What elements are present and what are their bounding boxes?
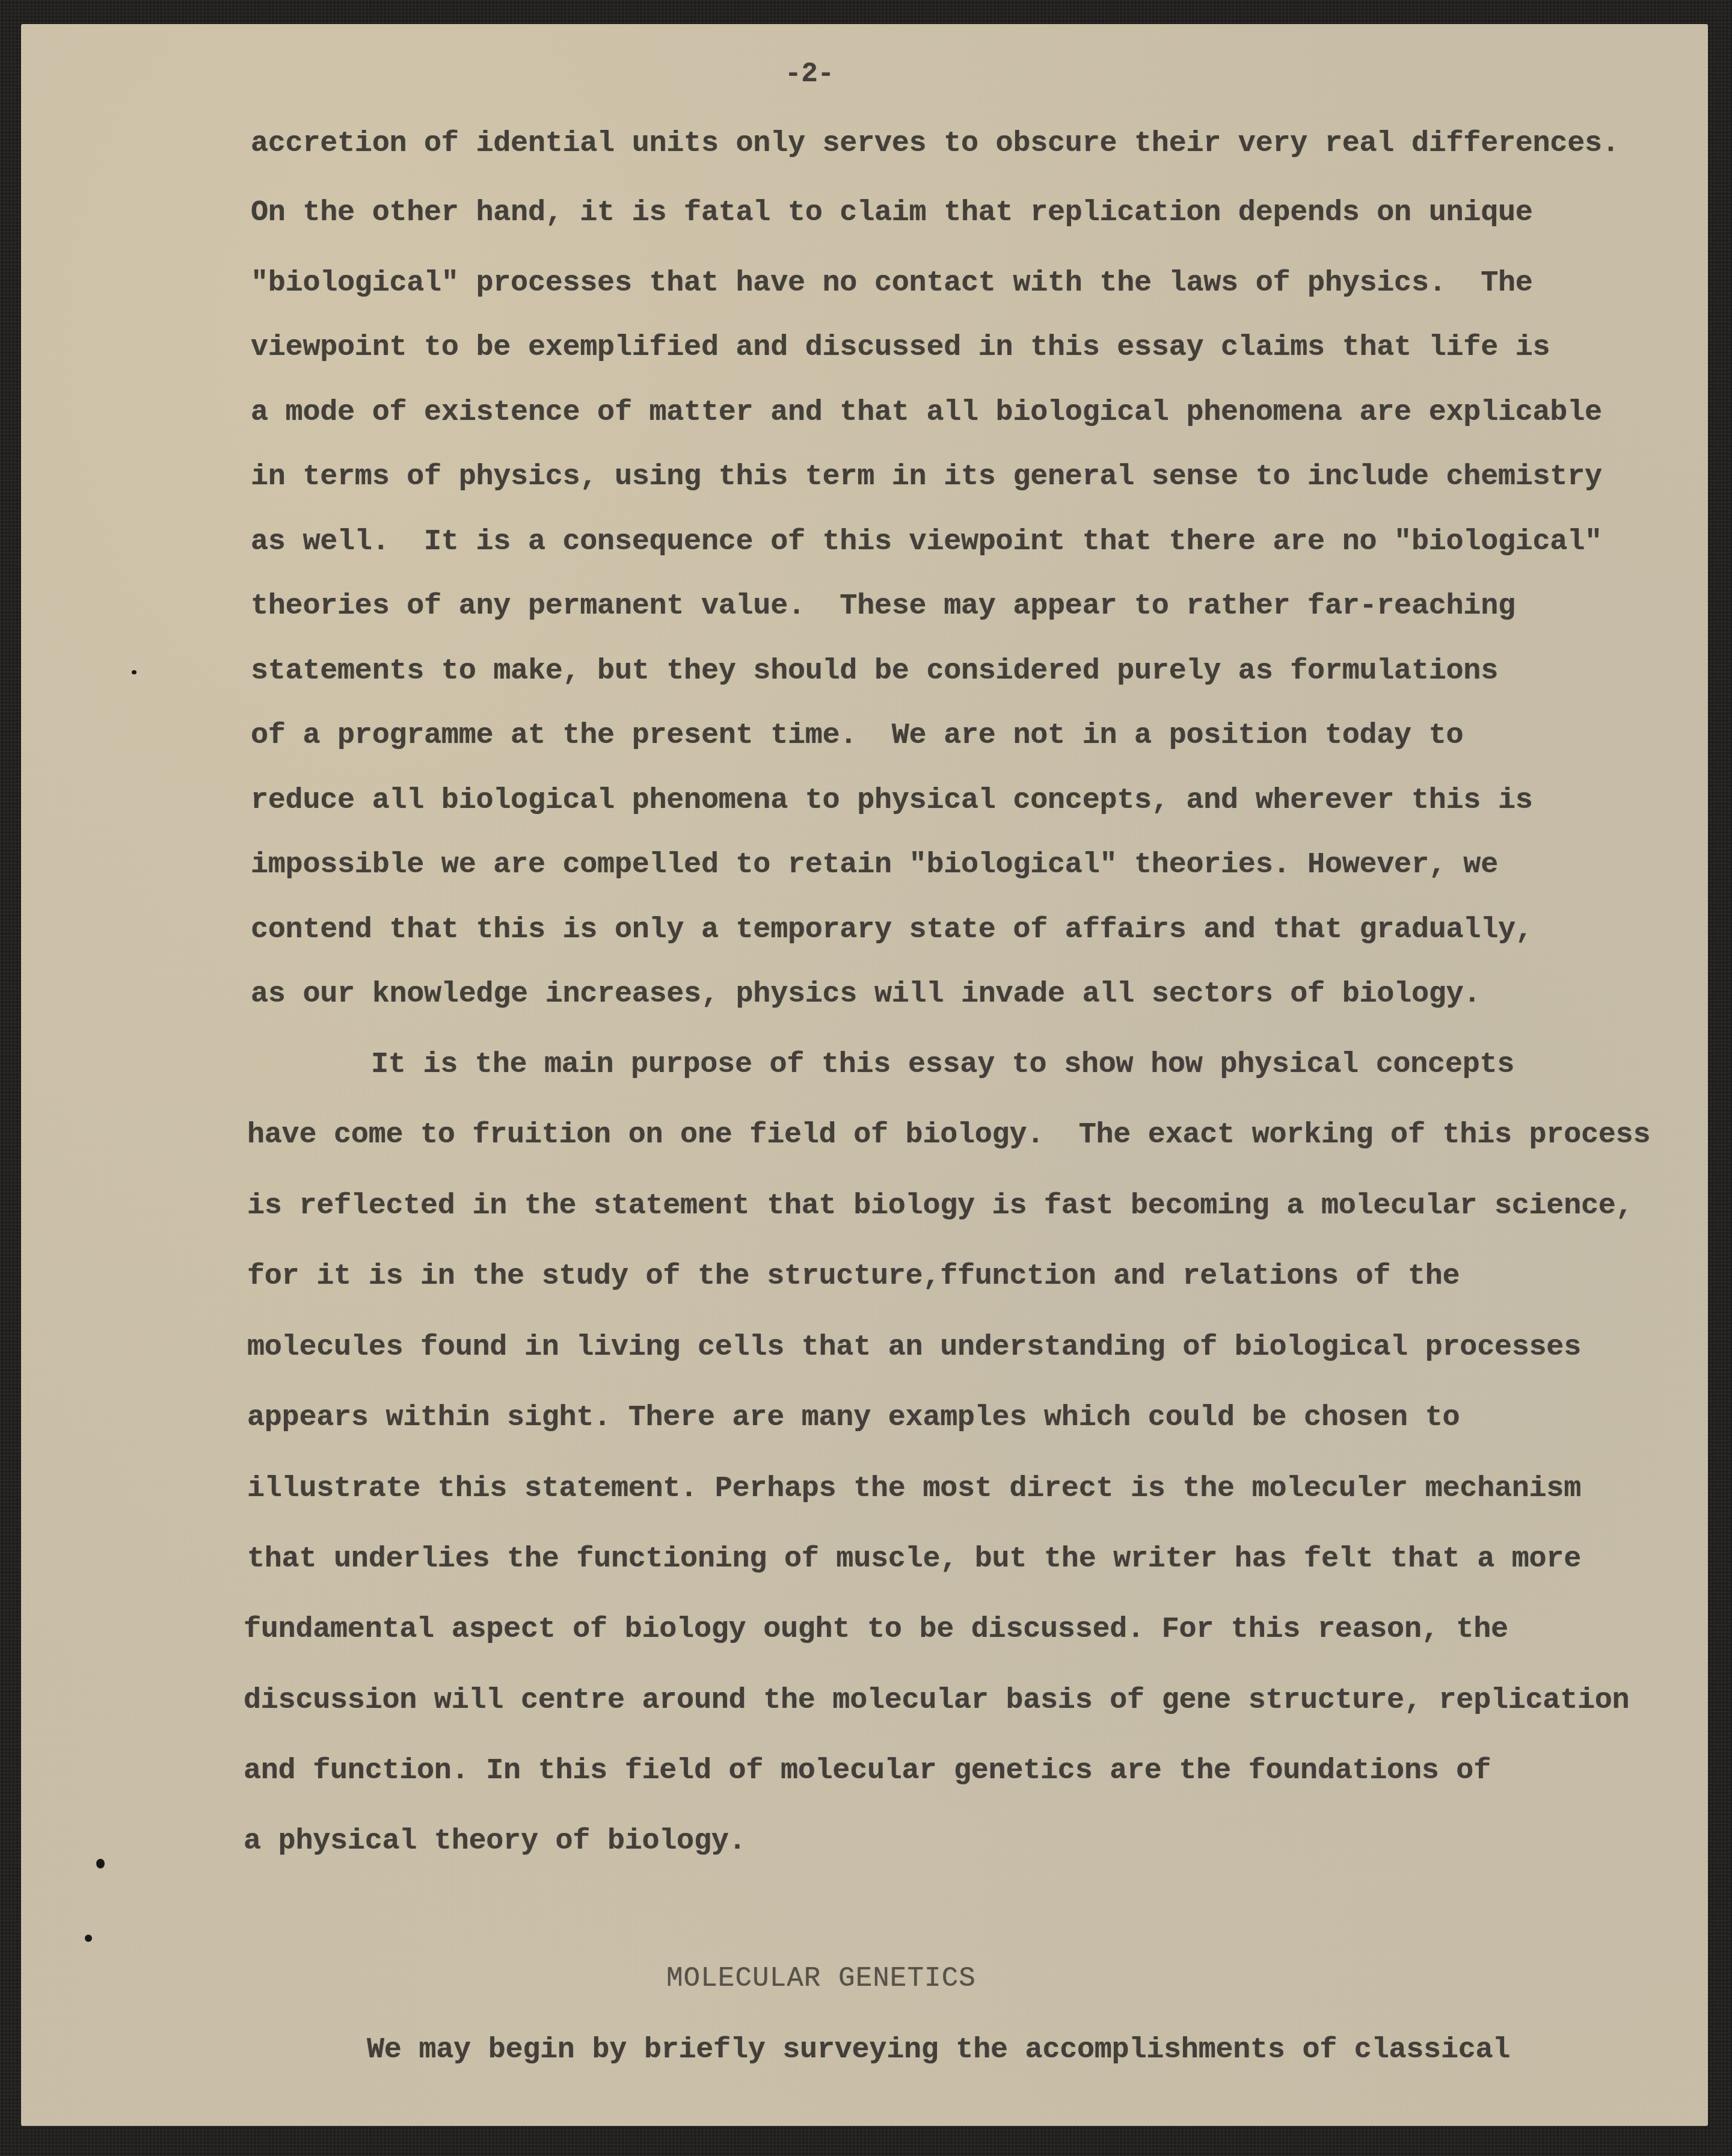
text-line: contend that this is only a temporary st… bbox=[251, 916, 1533, 945]
page-number: -2- bbox=[785, 60, 834, 88]
text-line: statements to make, but they should be c… bbox=[251, 657, 1498, 686]
ink-dot-mark bbox=[96, 1859, 105, 1868]
section-heading: MOLECULAR GENETICS bbox=[666, 1965, 976, 1992]
text-line: for it is in the study of the structure,… bbox=[247, 1262, 1460, 1292]
text-line: theories of any permanent value. These m… bbox=[251, 592, 1515, 621]
text-line: viewpoint to be exemplified and discusse… bbox=[251, 333, 1550, 363]
ink-dot-mark bbox=[85, 1935, 92, 1942]
text-line: On the other hand, it is fatal to claim … bbox=[251, 199, 1533, 228]
text-line: is reflected in the statement that biolo… bbox=[247, 1192, 1633, 1221]
text-line: illustrate this statement. Perhaps the m… bbox=[247, 1474, 1581, 1504]
text-line: impossible we are compelled to retain "b… bbox=[251, 851, 1498, 880]
text-line: a physical theory of biology. bbox=[244, 1827, 746, 1856]
ink-dot-mark bbox=[132, 670, 137, 674]
text-line: in terms of physics, using this term in … bbox=[251, 463, 1602, 492]
text-line-indented: We may begin by briefly surveying the ac… bbox=[367, 2036, 1510, 2065]
text-line: reduce all biological phenomena to physi… bbox=[251, 786, 1533, 816]
text-line: have come to fruition on one field of bi… bbox=[247, 1121, 1650, 1150]
text-line: of a programme at the present time. We a… bbox=[251, 721, 1463, 751]
text-line: as well. It is a consequence of this vie… bbox=[251, 528, 1602, 557]
text-line: "biological" processes that have no cont… bbox=[251, 269, 1533, 298]
text-line: accretion of idential units only serves … bbox=[251, 129, 1620, 159]
text-line: that underlies the functioning of muscle… bbox=[247, 1545, 1581, 1574]
text-line: discussion will centre around the molecu… bbox=[244, 1686, 1629, 1716]
text-line-indented: It is the main purpose of this essay to … bbox=[371, 1050, 1514, 1080]
text-line: and function. In this field of molecular… bbox=[244, 1757, 1491, 1786]
text-line: fundamental aspect of biology ought to b… bbox=[244, 1615, 1508, 1645]
text-line: as our knowledge increases, physics will… bbox=[251, 980, 1481, 1009]
text-line: molecules found in living cells that an … bbox=[247, 1333, 1581, 1363]
text-line: appears within sight. There are many exa… bbox=[247, 1403, 1460, 1433]
text-line: a mode of existence of matter and that a… bbox=[251, 398, 1602, 428]
document-page: -2- accretion of idential units only ser… bbox=[21, 24, 1708, 2126]
